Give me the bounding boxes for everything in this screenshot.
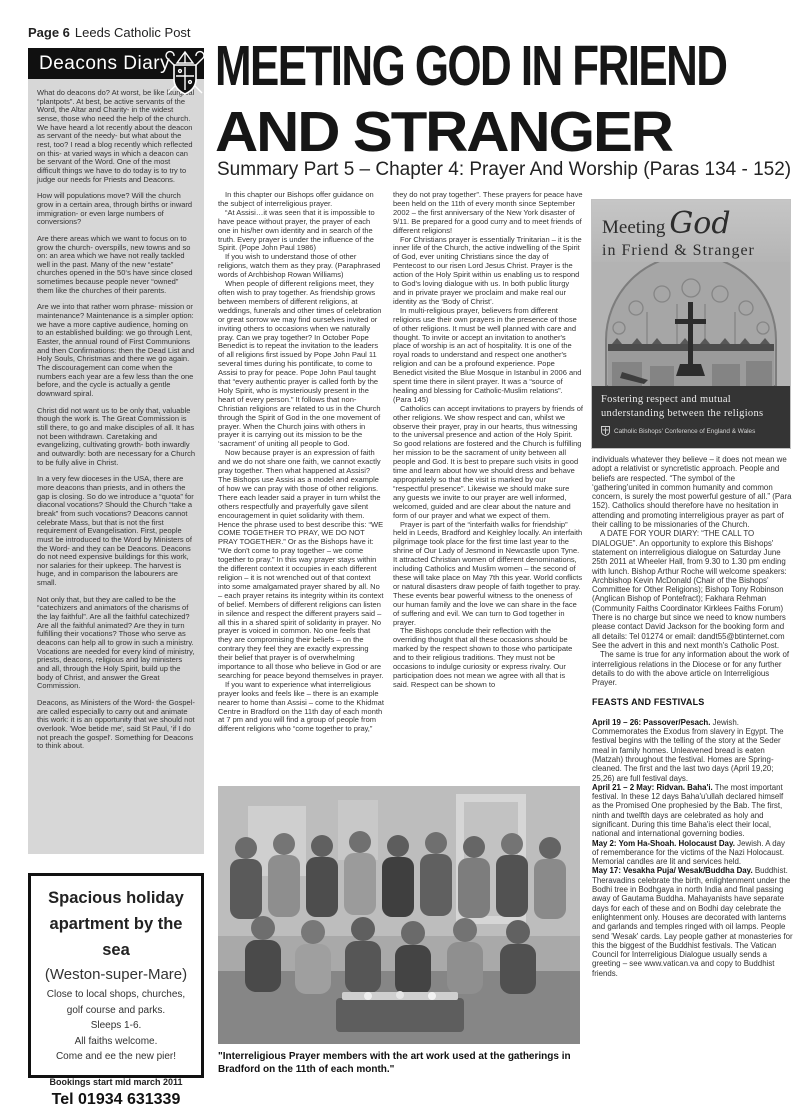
group-photo-image — [218, 786, 580, 1044]
deacons-diary-header: Deacons Diary — [28, 48, 204, 79]
festival-text: The most important festival. In these 12… — [592, 783, 783, 838]
article-subhead: Summary Part 5 – Chapter 4: Prayer And W… — [217, 159, 791, 181]
article-paragraph: Catholics can accept invitations to pray… — [393, 405, 583, 521]
festival-title: April 19 – 26: Passover/Pesach. — [592, 718, 710, 727]
arch-window-graphic — [592, 262, 790, 386]
book-cover-tagline: Fostering respect and mutual understandi… — [592, 386, 790, 448]
holiday-advert: Spacious holiday apartment by the sea (W… — [28, 873, 204, 1078]
article-column-2: they do not pray together”. These prayer… — [393, 191, 583, 734]
headline-line2: AND STRANGER — [215, 99, 800, 165]
cover-title-line2: in Friend & Stranger — [602, 242, 780, 260]
sidebar-paragraph: A DATE FOR YOUR DIARY: “THE CALL TO DIAL… — [592, 529, 793, 650]
festival-title: April 21 – 2 May: Ridvan. Baha'i. — [592, 783, 713, 792]
article-headline: MEETING GOD IN FRIEND AND STRANGER — [215, 33, 800, 165]
deacons-diary-title: Deacons Diary — [39, 53, 170, 75]
masthead: Page 6Leeds Catholic Post — [28, 25, 191, 40]
festival-entry: April 19 – 26: Passover/Pesach. Jewish. … — [592, 718, 793, 783]
feasts-heading: FEASTS AND FESTIVALS — [592, 698, 793, 707]
festival-entry: April 21 – 2 May: Ridvan. Baha'i. The mo… — [592, 783, 793, 839]
article-paragraph: “At Assisi…it was seen that it is imposs… — [218, 209, 384, 254]
article-paragraph: Prayer is part of the “interfaith walks … — [393, 521, 583, 628]
festival-entry: May 17: Vesakha Puja/ Wesak/Buddha Day. … — [592, 866, 793, 978]
diary-paragraph: In a very few dioceses in the USA, there… — [37, 475, 195, 588]
cover-title-word-meeting: Meeting — [602, 217, 665, 238]
article-paragraph: Now because prayer is an expression of f… — [218, 449, 384, 681]
diary-paragraph: Deacons, as Ministers of the Word- the G… — [37, 699, 195, 751]
advert-detail: golf course and parks. — [37, 1003, 195, 1019]
festival-entry: May 2: Yom Ha-Shoah. Holocaust Day. Jewi… — [592, 839, 793, 867]
diary-paragraph: What do deacons do? At worst, be like li… — [37, 89, 195, 184]
article-paragraph: For Christians prayer is essentially Tri… — [393, 236, 583, 307]
advert-detail: All faiths welcome. — [37, 1034, 195, 1050]
diary-paragraph: Are there areas which we want to focus o… — [37, 235, 195, 296]
sidebar-paragraph: The same is true for any information abo… — [592, 650, 793, 687]
publisher-name: Catholic Bishops' Conference of England … — [614, 428, 755, 435]
paper-title: Leeds Catholic Post — [75, 25, 191, 40]
newspaper-page: Page 6Leeds Catholic Post Deacons Diary — [0, 0, 800, 1106]
book-cover-title: MeetingGod in Friend & Stranger — [592, 200, 790, 262]
article-paragraph: If you wish to understand those of other… — [218, 253, 384, 280]
cover-title-word-god: God — [669, 206, 730, 241]
article-column-1: In this chapter our Bishops offer guidan… — [218, 191, 384, 734]
article-paragraph: If you want to experience what interreli… — [218, 681, 384, 734]
advert-headline-line2: apartment by the sea — [37, 911, 195, 963]
article-paragraph: they do not pray together”. These prayer… — [393, 191, 583, 236]
advert-detail: Come and ee the new pier! — [37, 1049, 195, 1065]
article-paragraph: When people of different religions meet,… — [218, 280, 384, 449]
diary-paragraph: Not only that, but they are called to be… — [37, 596, 195, 691]
sidebar-column: individuals whatever they believe – it d… — [592, 455, 793, 978]
advert-detail: Close to local shops, churches, — [37, 987, 195, 1003]
advert-location: (Weston-super-Mare) — [37, 963, 195, 987]
advert-detail: Sleeps 1-6. — [37, 1018, 195, 1034]
photo-caption: "Interreligious Prayer members with the … — [218, 1050, 586, 1076]
article-paragraph: In multi-religious prayer, believers fro… — [393, 307, 583, 405]
page-number: Page 6 — [28, 25, 70, 40]
article-paragraph: In this chapter our Bishops offer guidan… — [218, 191, 384, 209]
deacons-diary-panel: Deacons Diary What do deacons d — [28, 48, 204, 854]
tagline-line1: Fostering respect and mutual — [601, 393, 781, 407]
diary-paragraph: Are we into that rather worn phrase- mis… — [37, 303, 195, 398]
festival-title: May 17: Vesakha Puja/ Wesak/Buddha Day. — [592, 866, 753, 875]
diary-paragraph: How will populations move? Will the chur… — [37, 192, 195, 227]
festival-text: Jewish. Commemorates the Exodus from sla… — [592, 718, 784, 783]
diary-paragraph: Christ did not want us to be only that, … — [37, 407, 195, 468]
sidebar-paragraph: individuals whatever they believe – it d… — [592, 455, 793, 529]
publisher-shield-icon — [601, 426, 610, 436]
advert-headline-line1: Spacious holiday — [37, 885, 195, 911]
tagline-line2: understanding between the religions — [601, 407, 781, 421]
diocese-crest-icon — [162, 49, 208, 99]
festival-title: May 2: Yom Ha-Shoah. Holocaust Day. — [592, 839, 735, 848]
article-body: In this chapter our Bishops offer guidan… — [218, 191, 583, 734]
headline-line1: MEETING GOD IN FRIEND — [215, 33, 726, 99]
group-photo — [218, 786, 580, 1044]
festival-text: Buddhist. Theravadins celebrate the birt… — [592, 866, 793, 977]
advert-bookings: Bookings start mid march 2011 — [37, 1077, 195, 1087]
deacons-diary-body: What do deacons do? At worst, be like li… — [28, 79, 204, 854]
article-paragraph: The Bishops conclude their reflection wi… — [393, 627, 583, 689]
advert-phone: Tel 01934 631339 — [37, 1091, 195, 1106]
book-cover: MeetingGod in Friend & Stranger — [592, 200, 790, 448]
